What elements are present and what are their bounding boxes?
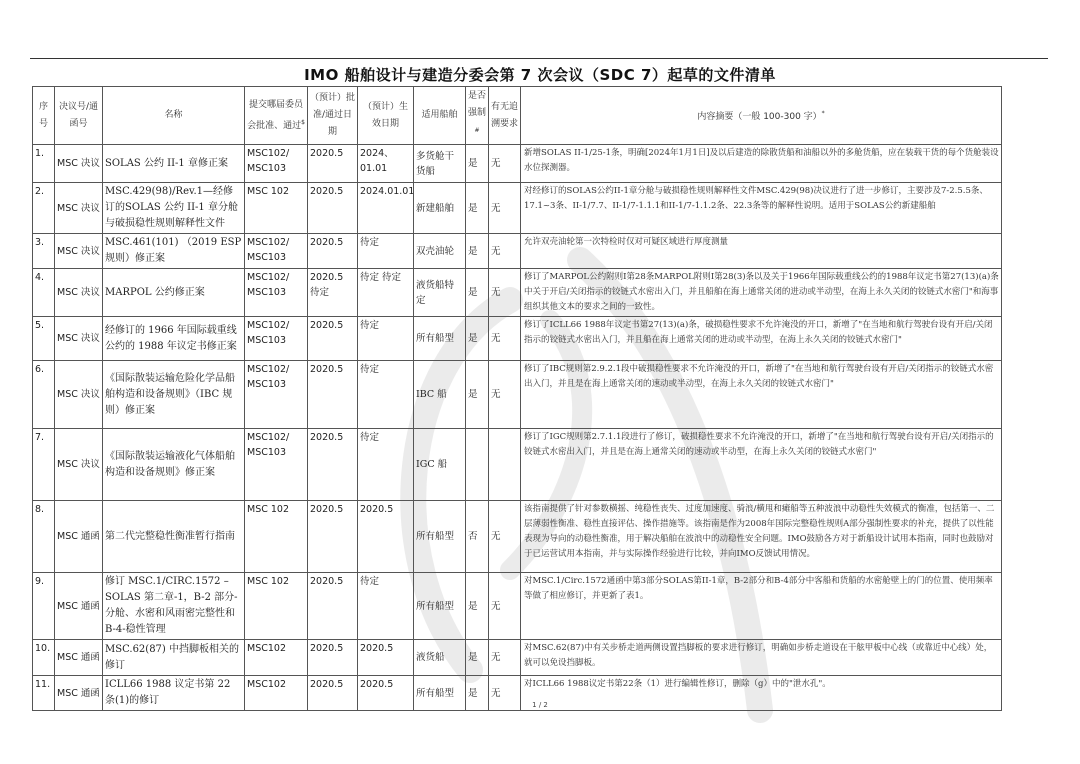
row-ship-type: IGC 船 [414, 429, 466, 501]
row-seq: 3. [33, 234, 55, 269]
header-name: 名称 [103, 87, 245, 145]
row-summary: 该指南提供了针对参数横摇、纯稳性丧失、过度加速度、骑浪/横甩和瘫船等五种波浪中动… [521, 501, 1002, 573]
row-approval-date: 2020.5 待定 [308, 269, 358, 317]
row-mandatory: 是 [466, 234, 489, 269]
row-name: MSC.429(98)/Rev.1—经修订的SOLAS 公约 II-1 章分舱与… [103, 183, 245, 234]
row-approval-date: 2020.5 [308, 317, 358, 361]
row-seq: 10. [33, 640, 55, 676]
row-submit-committee: MSC102/ MSC103 [245, 269, 308, 317]
row-seq: 8. [33, 501, 55, 573]
row-approval-date: 2020.5 [308, 573, 358, 640]
row-retro: 无 [489, 501, 521, 573]
table-header-row: 序号 决议号/通函号 名称 提交哪届委员会批准、通过$ （预计）批准/通过日期 … [33, 87, 1002, 145]
row-retro: 无 [489, 640, 521, 676]
row-mandatory: 是 [466, 269, 489, 317]
row-seq: 7. [33, 429, 55, 501]
row-effective-date: 待定 [358, 317, 414, 361]
row-effective-date: 待定 [358, 429, 414, 501]
row-retro: 无 [489, 145, 521, 183]
table-row: 5.MSC 决议经修订的 1966 年国际载重线公约的 1988 年议定书修正案… [33, 317, 1002, 361]
table-row: 4.MSC 决议MARPOL 公约修正案MSC102/ MSC1032020.5… [33, 269, 1002, 317]
header-ship-type: 适用船舶 [414, 87, 466, 145]
header-rule [30, 58, 1048, 59]
row-approval-date: 2020.5 [308, 640, 358, 676]
header-resolution-no: 决议号/通函号 [55, 87, 103, 145]
row-mandatory: 是 [466, 640, 489, 676]
table-row: 2.MSC 决议MSC.429(98)/Rev.1—经修订的SOLAS 公约 I… [33, 183, 1002, 234]
row-ship-type: 所有船型 [414, 317, 466, 361]
table-row: 9.MSC 通函修订 MSC.1/CIRC.1572 –SOLAS 第二章-1，… [33, 573, 1002, 640]
row-mandatory: 否 [466, 501, 489, 573]
row-ship-type: 液货船特定 [414, 269, 466, 317]
row-resolution-no: MSC 决议 [55, 361, 103, 429]
row-effective-date: 待定 待定 [358, 269, 414, 317]
row-retro: 无 [489, 361, 521, 429]
row-resolution-no: MSC 决议 [55, 317, 103, 361]
row-mandatory: 是 [466, 183, 489, 234]
document-table: 序号 决议号/通函号 名称 提交哪届委员会批准、通过$ （预计）批准/通过日期 … [32, 86, 1002, 711]
row-resolution-no: MSC 通函 [55, 501, 103, 573]
header-effective-date: （预计）生效日期 [358, 87, 414, 145]
row-summary: 新增SOLAS II-1/25-1条，明确[2024年1月1日]及以后建造的除散… [521, 145, 1002, 183]
table-row: 3.MSC 决议MSC.461(101) （2019 ESP 规则）修正案MSC… [33, 234, 1002, 269]
row-resolution-no: MSC 决议 [55, 429, 103, 501]
page-indicator: 1 / 2 [0, 701, 1080, 709]
header-summary: 内容摘要（一般 100-300 字）* [521, 87, 1002, 145]
document-title: IMO 船舶设计与建造分委会第 7 次会议（SDC 7）起草的文件清单 [0, 64, 1080, 85]
row-seq: 6. [33, 361, 55, 429]
header-seq: 序号 [33, 87, 55, 145]
row-name: 第二代完整稳性衡准暂行指南 [103, 501, 245, 573]
row-retro: 无 [489, 573, 521, 640]
row-submit-committee: MSC 102 [245, 183, 308, 234]
row-effective-date: 待定 [358, 234, 414, 269]
header-submit-committee: 提交哪届委员会批准、通过$ [245, 87, 308, 145]
row-ship-type: IBC 船 [414, 361, 466, 429]
row-submit-committee: MSC102/ MSC103 [245, 317, 308, 361]
table-row: 7.MSC 决议《国际散装运输液化气体船舶构造和设备规则》修正案MSC102/ … [33, 429, 1002, 501]
table-row: 6.MSC 决议《国际散装运输危险化学品船舶构造和设备规则》（IBC 规则）修正… [33, 361, 1002, 429]
header-mandatory: 是否强制# [466, 87, 489, 145]
row-approval-date: 2020.5 [308, 183, 358, 234]
row-mandatory [466, 429, 489, 501]
row-name: MSC.461(101) （2019 ESP 规则）修正案 [103, 234, 245, 269]
table-row: 8.MSC 通函第二代完整稳性衡准暂行指南MSC 1022020.52020.5… [33, 501, 1002, 573]
row-summary: 修订了IGC规则第2.7.1.1段进行了修订，破损稳性要求不允许淹没的开口，新增… [521, 429, 1002, 501]
row-resolution-no: MSC 通函 [55, 640, 103, 676]
row-submit-committee: MSC102 [245, 640, 308, 676]
row-seq: 5. [33, 317, 55, 361]
row-ship-type: 多货舱干货船 [414, 145, 466, 183]
row-summary: 修订了MARPOL公约附则I第28条MARPOL附则I第28(3)条以及关于19… [521, 269, 1002, 317]
row-submit-committee: MSC102/ MSC103 [245, 361, 308, 429]
row-retro [489, 429, 521, 501]
row-approval-date: 2020.5 [308, 429, 358, 501]
row-ship-type: 所有船型 [414, 573, 466, 640]
row-submit-committee: MSC 102 [245, 501, 308, 573]
row-submit-committee: MSC102/ MSC103 [245, 234, 308, 269]
row-retro: 无 [489, 183, 521, 234]
row-name: 《国际散装运输液化气体船舶构造和设备规则》修正案 [103, 429, 245, 501]
row-summary: 对MSC.62(87)中有关步桥走道两侧设置挡脚板的要求进行修订，明确如步桥走道… [521, 640, 1002, 676]
row-mandatory: 是 [466, 573, 489, 640]
row-summary: 修订了IBC规则第2.9.2.1段中破损稳性要求不允许淹没的开口，新增了"在当地… [521, 361, 1002, 429]
row-retro: 无 [489, 234, 521, 269]
row-retro: 无 [489, 317, 521, 361]
row-effective-date: 待定 [358, 361, 414, 429]
row-effective-date: 2020.5 [358, 501, 414, 573]
row-effective-date: 2020.5 [358, 640, 414, 676]
row-seq: 1. [33, 145, 55, 183]
row-summary: 对MSC.1/Circ.1572通函中第3部分SOLAS第II-1章，B-2部分… [521, 573, 1002, 640]
row-name: SOLAS 公约 II-1 章修正案 [103, 145, 245, 183]
row-seq: 4. [33, 269, 55, 317]
row-ship-type: 新建船舶 [414, 183, 466, 234]
row-ship-type: 双壳油轮 [414, 234, 466, 269]
row-name: 《国际散装运输危险化学品船舶构造和设备规则》（IBC 规则）修正案 [103, 361, 245, 429]
row-name: 经修订的 1966 年国际载重线公约的 1988 年议定书修正案 [103, 317, 245, 361]
row-resolution-no: MSC 决议 [55, 234, 103, 269]
row-summary: 允许双壳油轮第一次特检时仅对可疑区域进行厚度测量 [521, 234, 1002, 269]
table-row: 1.MSC 决议SOLAS 公约 II-1 章修正案MSC102/ MSC103… [33, 145, 1002, 183]
row-effective-date: 2024.01.01 [358, 183, 414, 234]
header-approval-date: （预计）批准/通过日期 [308, 87, 358, 145]
header-retro: 有无追溯要求 [489, 87, 521, 145]
row-name: MSC.62(87) 中挡脚板相关的修订 [103, 640, 245, 676]
row-summary: 修订了ICLL66 1988年议定书第27(13)(a)条，破损稳性要求不允许淹… [521, 317, 1002, 361]
table-row: 10.MSC 通函MSC.62(87) 中挡脚板相关的修订MSC1022020.… [33, 640, 1002, 676]
row-effective-date: 2024、01.01 [358, 145, 414, 183]
row-resolution-no: MSC 通函 [55, 573, 103, 640]
row-resolution-no: MSC 决议 [55, 183, 103, 234]
row-submit-committee: MSC102/ MSC103 [245, 429, 308, 501]
row-resolution-no: MSC 决议 [55, 145, 103, 183]
row-resolution-no: MSC 决议 [55, 269, 103, 317]
row-mandatory: 是 [466, 317, 489, 361]
row-approval-date: 2020.5 [308, 234, 358, 269]
row-seq: 2. [33, 183, 55, 234]
row-approval-date: 2020.5 [308, 501, 358, 573]
row-ship-type: 所有船型 [414, 501, 466, 573]
row-approval-date: 2020.5 [308, 361, 358, 429]
row-ship-type: 液货船 [414, 640, 466, 676]
row-approval-date: 2020.5 [308, 145, 358, 183]
row-mandatory: 是 [466, 361, 489, 429]
row-effective-date: 待定 [358, 573, 414, 640]
row-retro: 无 [489, 269, 521, 317]
row-name: 修订 MSC.1/CIRC.1572 –SOLAS 第二章-1，B-2 部分-分… [103, 573, 245, 640]
row-summary: 对经修订的SOLAS公约II-1章分舱与破损稳性规则解释性文件MSC.429(9… [521, 183, 1002, 234]
row-submit-committee: MSC102/ MSC103 [245, 145, 308, 183]
row-seq: 9. [33, 573, 55, 640]
row-submit-committee: MSC 102 [245, 573, 308, 640]
row-name: MARPOL 公约修正案 [103, 269, 245, 317]
row-mandatory: 是 [466, 145, 489, 183]
